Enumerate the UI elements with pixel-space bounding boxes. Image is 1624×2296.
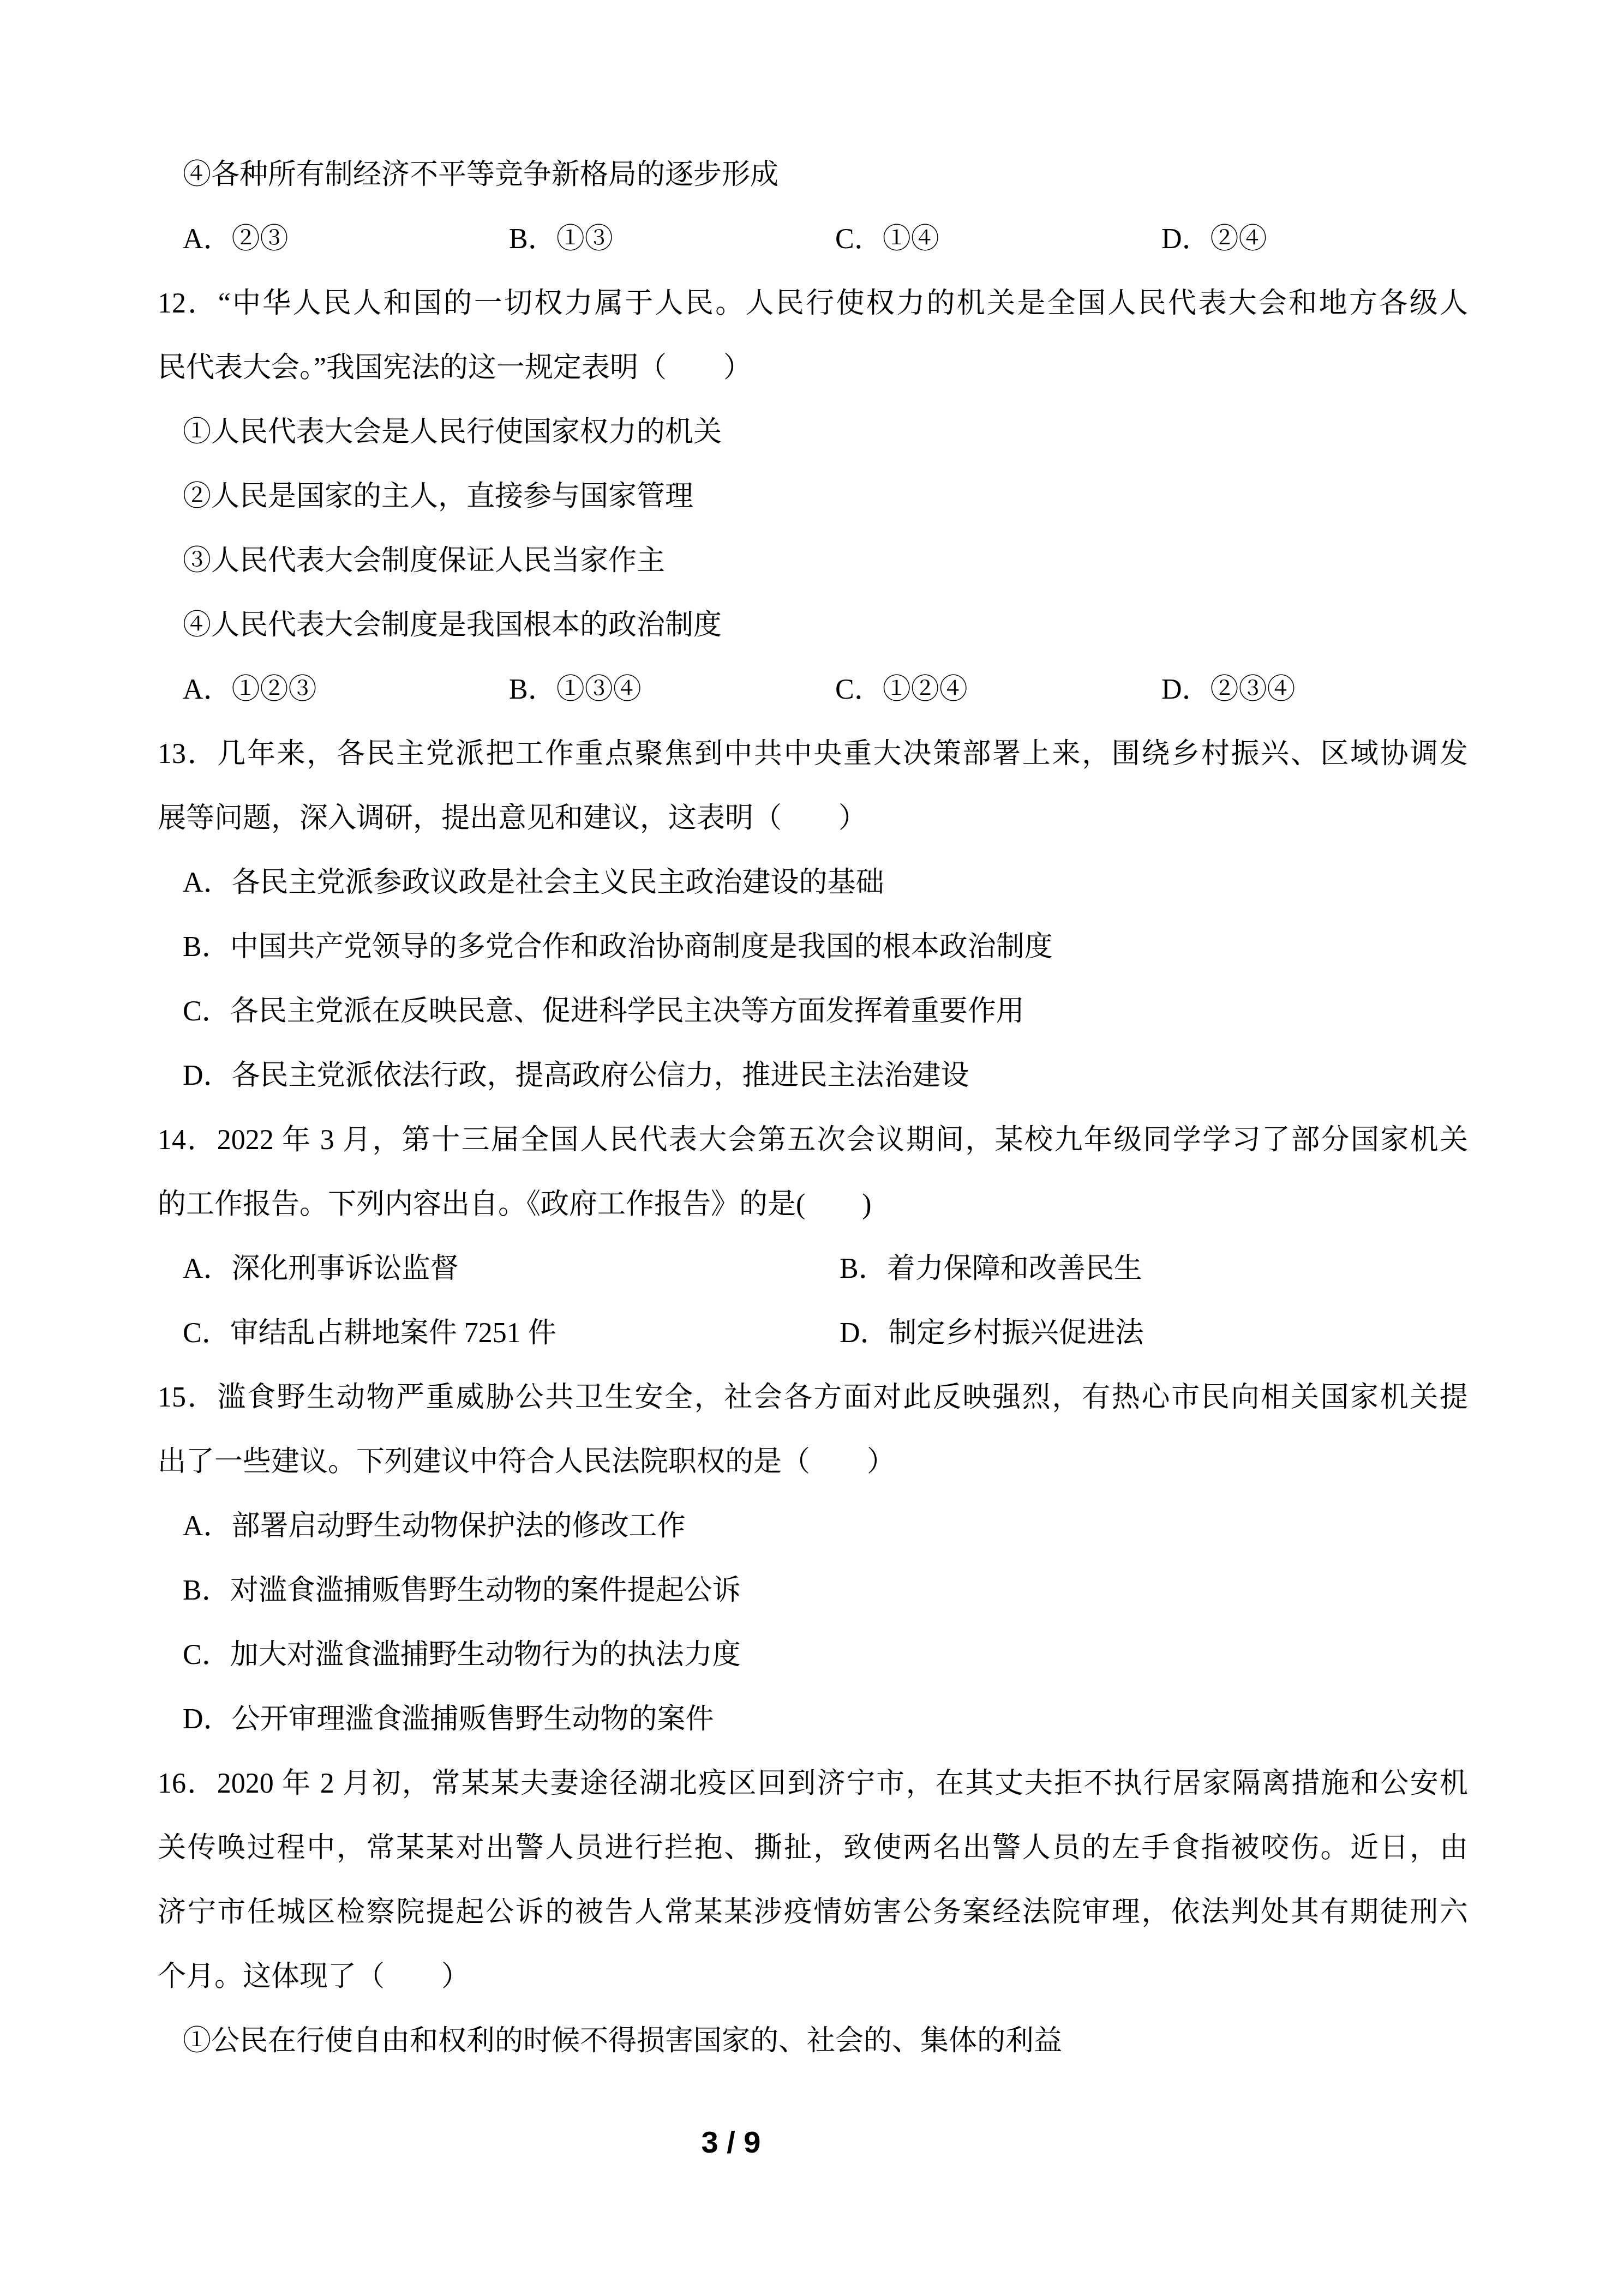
page-number: 3 / 9 — [702, 2125, 761, 2159]
choice-option: C．审结乱占耕地案件 7251 件 — [183, 1301, 840, 1366]
text-line: A．部署启动野生动物保护法的修改工作 — [158, 1494, 1468, 1559]
text-line: C．各民主党派在反映民意、促进科学民主决等方面发挥着重要作用 — [158, 979, 1468, 1044]
choice-option: D．②③④ — [1161, 658, 1296, 722]
text-line: 16．2020 年 2 月初，常某某夫妻途径湖北疫区回到济宁市，在其丈夫拒不执行… — [158, 1752, 1468, 1816]
text-line: C．加大对滥食滥捕野生动物行为的执法力度 — [158, 1623, 1468, 1687]
text-line: D．公开审理滥食滥捕贩售野生动物的案件 — [158, 1687, 1468, 1752]
choice-option: D．制定乡村振兴促进法 — [840, 1301, 1144, 1366]
choice-row: A．②③B．①③C．①④D．②④ — [158, 207, 1468, 272]
document-body: ④各种所有制经济不平等竞争新格局的逐步形成A．②③B．①③C．①④D．②④12．… — [158, 143, 1468, 2073]
text-line: ③人民代表大会制度保证人民当家作主 — [158, 529, 1468, 593]
choice-option: B．①③ — [509, 207, 835, 272]
text-line: 展等问题，深入调研，提出意见和建议，这表明（ ） — [158, 786, 1468, 851]
choice-option: D．②④ — [1161, 207, 1267, 272]
text-line: A．各民主党派参政议政是社会主义民主政治建设的基础 — [158, 851, 1468, 915]
text-line: 济宁市任城区检察院提起公诉的被告人常某某涉疫情妨害公务案经法院审理，依法判处其有… — [158, 1880, 1468, 1945]
exam-page: ④各种所有制经济不平等竞争新格局的逐步形成A．②③B．①③C．①④D．②④12．… — [0, 0, 1624, 2296]
choice-row: A．①②③B．①③④C．①②④D．②③④ — [158, 658, 1468, 722]
text-line: ④人民代表大会制度是我国根本的政治制度 — [158, 593, 1468, 658]
choice-option: C．①④ — [835, 207, 1161, 272]
text-line: 出了一些建议。下列建议中符合人民法院职权的是（ ） — [158, 1430, 1468, 1494]
text-line: B．中国共产党领导的多党合作和政治协商制度是我国的根本政治制度 — [158, 915, 1468, 979]
page-footer: 3 / 9 — [0, 2126, 1462, 2159]
text-line: 14．2022 年 3 月，第十三届全国人民代表大会第五次会议期间，某校九年级同… — [158, 1108, 1468, 1173]
choice-option: A．②③ — [183, 207, 509, 272]
text-line: 关传唤过程中，常某某对出警人员进行拦抱、撕扯，致使两名出警人员的左手食指被咬伤。… — [158, 1816, 1468, 1880]
text-line: 的工作报告。下列内容出自。《政府工作报告》的是( ) — [158, 1173, 1468, 1237]
choice-option: B．着力保障和改善民生 — [840, 1237, 1142, 1301]
text-line: ②人民是国家的主人，直接参与国家管理 — [158, 465, 1468, 529]
text-line: 15．滥食野生动物严重威胁公共卫生安全，社会各方面对此反映强烈，有热心市民向相关… — [158, 1366, 1468, 1430]
text-line: 13．几年来，各民主党派把工作重点聚焦到中共中央重大决策部署上来，围绕乡村振兴、… — [158, 722, 1468, 786]
choice-option: C．①②④ — [835, 658, 1161, 722]
choice-option: A．深化刑事诉讼监督 — [183, 1237, 840, 1301]
text-line: B．对滥食滥捕贩售野生动物的案件提起公诉 — [158, 1559, 1468, 1623]
text-line: 民代表大会。”我国宪法的这一规定表明（ ） — [158, 336, 1468, 400]
choice-row: A．深化刑事诉讼监督B．着力保障和改善民生 — [158, 1237, 1468, 1301]
choice-option: A．①②③ — [183, 658, 509, 722]
text-line: ①人民代表大会是人民行使国家权力的机关 — [158, 400, 1468, 465]
text-line: ④各种所有制经济不平等竞争新格局的逐步形成 — [158, 143, 1468, 207]
choice-option: B．①③④ — [509, 658, 835, 722]
text-line: ①公民在行使自由和权利的时候不得损害国家的、社会的、集体的利益 — [158, 2009, 1468, 2073]
text-line: D．各民主党派依法行政，提高政府公信力，推进民主法治建设 — [158, 1044, 1468, 1108]
text-line: 个月。这体现了（ ） — [158, 1945, 1468, 2009]
choice-row: C．审结乱占耕地案件 7251 件D．制定乡村振兴促进法 — [158, 1301, 1468, 1366]
text-line: 12．“中华人民人和国的一切权力属于人民。人民行使权力的机关是全国人民代表大会和… — [158, 272, 1468, 336]
